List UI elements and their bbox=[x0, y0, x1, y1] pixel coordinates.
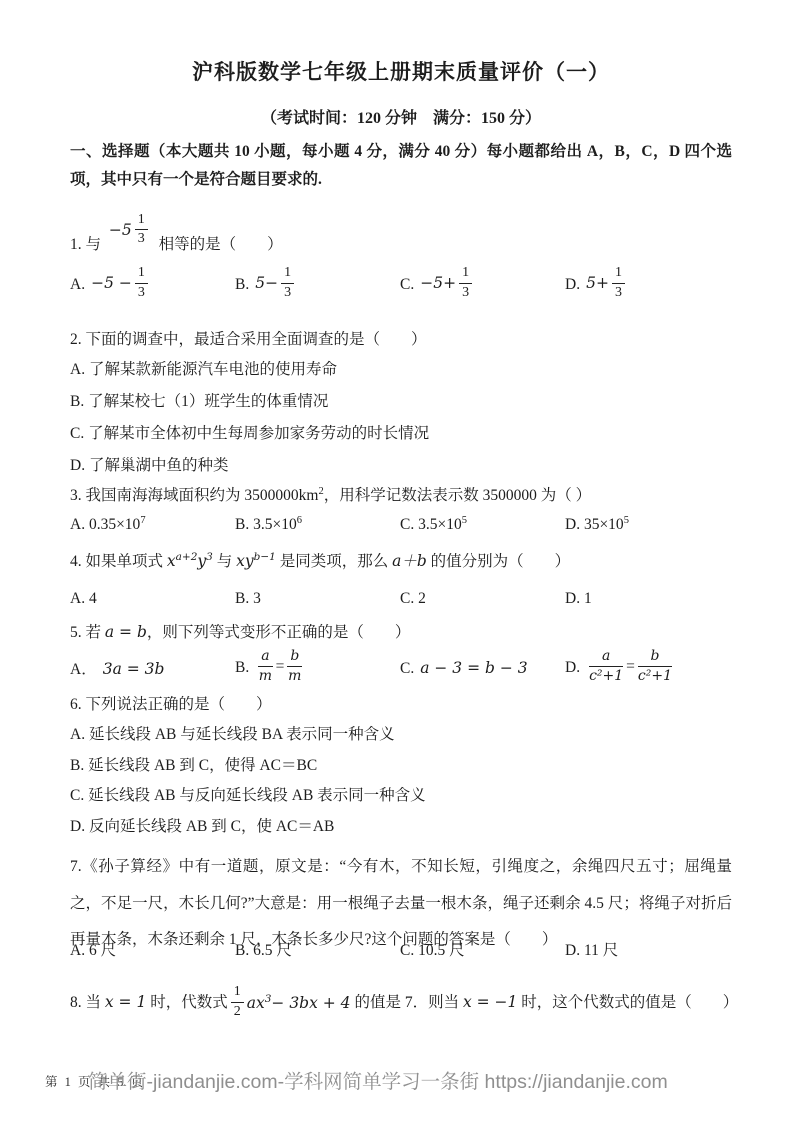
q5-option-a: A．3a = 3b bbox=[70, 657, 235, 679]
question-6-options: A. 延长线段 AB 与延长线段 BA 表示同一种含义 B. 延长线段 AB 到… bbox=[70, 720, 732, 842]
q3-text-post: ，用科学记数法表示数 3500000 为（ ） bbox=[324, 487, 591, 504]
q1-option-a-expr: −5 − bbox=[91, 275, 132, 293]
question-8-stem: 8. 当 x = 1 时，代数式12ax3− 3bx + 4 的值是 7．则当 … bbox=[70, 984, 732, 1024]
question-6-stem: 6. 下列说法正确的是（ ） bbox=[70, 694, 732, 716]
q4-option-c: C. 2 bbox=[400, 590, 565, 608]
q8-text-1: 8. 当 bbox=[70, 995, 105, 1012]
q6-option-d: D. 反向延长线段 AB 到 C，使 AC＝AB bbox=[70, 812, 732, 843]
q8-x-equals-neg1: x = −1 bbox=[463, 994, 517, 1012]
q8-text-4: 时，这个代数式的值是（ ） bbox=[517, 995, 738, 1012]
question-4-stem: 4. 如果单项式 xa+2y3 与 xyb−1 是同类项，那么 a＋b 的值分别… bbox=[70, 550, 732, 573]
q3-option-b: B. 3.5×106 bbox=[235, 516, 400, 534]
q8-half-fraction: 12 bbox=[231, 984, 244, 1019]
q1-mixed-number: −513 bbox=[109, 214, 151, 249]
q5-text-1: 5. 若 bbox=[70, 624, 105, 641]
q3-option-d: D. 35×105 bbox=[565, 516, 770, 534]
q1-mixed-sign: −5 bbox=[109, 221, 132, 239]
question-5-options: A．3a = 3b B.am=bm C.a − 3 = b − 3 D.ac²+… bbox=[70, 644, 770, 692]
question-2-stem: 2. 下面的调查中，最适合采用全面调查的是（ ） bbox=[70, 329, 732, 351]
q5-d-left-fraction: ac²+1 bbox=[589, 648, 623, 683]
q5-d-right-fraction: bc²+1 bbox=[638, 648, 672, 683]
q1-mixed-numerator: 1 bbox=[135, 212, 148, 230]
q4-monomial-2: xyb−1 bbox=[236, 552, 276, 570]
q5-b-right-fraction: bm bbox=[287, 648, 302, 683]
q6-option-b: B. 延长线段 AB 到 C，使得 AC＝BC bbox=[70, 751, 732, 782]
q2-option-b: B. 了解某校七（1）班学生的体重情况 bbox=[70, 386, 732, 418]
page-title: 沪科版数学七年级上册期末质量评价（一） bbox=[70, 56, 732, 86]
q3-option-c: C. 3.5×105 bbox=[400, 516, 565, 534]
question-3-stem: 3. 我国南海海域面积约为 3500000km2，用科学记数法表示数 35000… bbox=[70, 485, 732, 507]
q8-text-3: 的值是 7．则当 bbox=[351, 995, 463, 1012]
q8-line: 8. 当 x = 1 时，代数式12ax3− 3bx + 4 的值是 7．则当 … bbox=[70, 986, 738, 1021]
q8-polynomial: ax3− 3bx + 4 bbox=[247, 994, 351, 1012]
q1-option-d-fraction: 13 bbox=[612, 265, 625, 300]
q4-text-3: 是同类项，那么 bbox=[276, 553, 392, 570]
question-3-options: A. 0.35×107 B. 3.5×106 C. 3.5×105 D. 35×… bbox=[70, 514, 770, 536]
q5-option-d: D.ac²+1=bc²+1 bbox=[565, 650, 770, 685]
q2-option-c: C. 了解某市全体初中生每周参加家务劳动的时长情况 bbox=[70, 418, 732, 450]
q2-option-d: D. 了解巢湖中鱼的种类 bbox=[70, 450, 732, 482]
q3-text-pre: 3. 我国南海海域面积约为 3500000km bbox=[70, 487, 318, 504]
q7-option-d: D. 11 尺 bbox=[565, 938, 770, 960]
q1-option-a-label: A. bbox=[70, 276, 85, 293]
q8-text-2: 时，代数式 bbox=[146, 995, 227, 1012]
q1-option-d-label: D. bbox=[565, 276, 580, 293]
q1-option-c-fraction: 13 bbox=[459, 265, 472, 300]
q5-option-c: C.a − 3 = b − 3 bbox=[400, 659, 565, 678]
q7-option-a: A. 6 尺 bbox=[70, 938, 235, 960]
q4-text-1: 4. 如果单项式 bbox=[70, 553, 167, 570]
q4-a-plus-b: a＋b bbox=[392, 552, 427, 570]
section-1-heading: 一、选择题（本大题共 10 小题，每小题 4 分，满分 40 分）每小题都给出 … bbox=[70, 138, 732, 194]
question-7-options: A. 6 尺 B. 6.5 尺 C. 10.5 尺 D. 11 尺 bbox=[70, 938, 770, 960]
q4-option-b: B. 3 bbox=[235, 590, 400, 608]
q2-option-a: A. 了解某款新能源汽车电池的使用寿命 bbox=[70, 354, 732, 386]
q1-option-d: D.5+13 bbox=[565, 267, 770, 302]
q1-option-b-fraction: 13 bbox=[281, 265, 294, 300]
q1-option-c: C.−5+13 bbox=[400, 267, 565, 302]
q1-mixed-fraction: 13 bbox=[135, 212, 148, 247]
question-2-options: A. 了解某款新能源汽车电池的使用寿命 B. 了解某校七（1）班学生的体重情况 … bbox=[70, 354, 732, 482]
q6-option-a: A. 延长线段 AB 与延长线段 BA 表示同一种含义 bbox=[70, 720, 732, 751]
q1-option-d-expr: 5+ bbox=[586, 275, 609, 293]
q1-mixed-denominator: 3 bbox=[135, 230, 148, 247]
q1-option-c-label: C. bbox=[400, 276, 414, 293]
q1-option-b-expr: 5− bbox=[255, 275, 278, 293]
q7-option-c: C. 10.5 尺 bbox=[400, 938, 565, 960]
q1-option-c-expr: −5+ bbox=[420, 275, 456, 293]
q5-b-left-fraction: am bbox=[258, 648, 272, 683]
question-5-stem: 5. 若 a = b，则下列等式变形不正确的是（ ） bbox=[70, 621, 732, 644]
q4-option-d: D. 1 bbox=[565, 590, 770, 608]
q4-text-4: 的值分别为（ ） bbox=[427, 553, 570, 570]
q3-option-a: A. 0.35×107 bbox=[70, 516, 235, 534]
q1-text-suffix: 相等的是（ ） bbox=[159, 236, 283, 253]
q1-option-b-label: B. bbox=[235, 276, 249, 293]
q1-option-b: B.5−13 bbox=[235, 267, 400, 302]
watermark-text: 简单街-jiandanjie.com-学科网简单学习一条街 https://ji… bbox=[88, 1066, 668, 1094]
exam-paper-page: { "colors": {"text": "#1d1d1d", "waterma… bbox=[0, 0, 793, 1122]
q4-option-a: A. 4 bbox=[70, 590, 235, 608]
q4-monomial-1: xa+2y3 bbox=[167, 552, 213, 570]
q6-option-c: C. 延长线段 AB 与反向延长线段 AB 表示同一种含义 bbox=[70, 781, 732, 812]
q5-option-b: B.am=bm bbox=[235, 650, 400, 685]
q4-text-2: 与 bbox=[213, 553, 236, 570]
question-4-options: A. 4 B. 3 C. 2 D. 1 bbox=[70, 588, 770, 610]
q5-equation: a = b bbox=[105, 623, 147, 641]
q7-option-b: B. 6.5 尺 bbox=[235, 938, 400, 960]
question-1-options: A.−5 −13 B.5−13 C.−5+13 D.5+13 bbox=[70, 263, 770, 307]
q1-option-a-fraction: 13 bbox=[135, 265, 148, 300]
q5-text-2: ，则下列等式变形不正确的是（ ） bbox=[147, 624, 411, 641]
exam-time-score-info: （考试时间：120 分钟 满分：150 分） bbox=[70, 105, 732, 128]
q1-text-prefix: 1. 与 bbox=[70, 236, 101, 253]
q1-option-a: A.−5 −13 bbox=[70, 267, 235, 302]
question-1-stem: 1. 与 −513 相等的是（ ） bbox=[70, 228, 732, 263]
q8-x-equals-1: x = 1 bbox=[105, 994, 146, 1012]
